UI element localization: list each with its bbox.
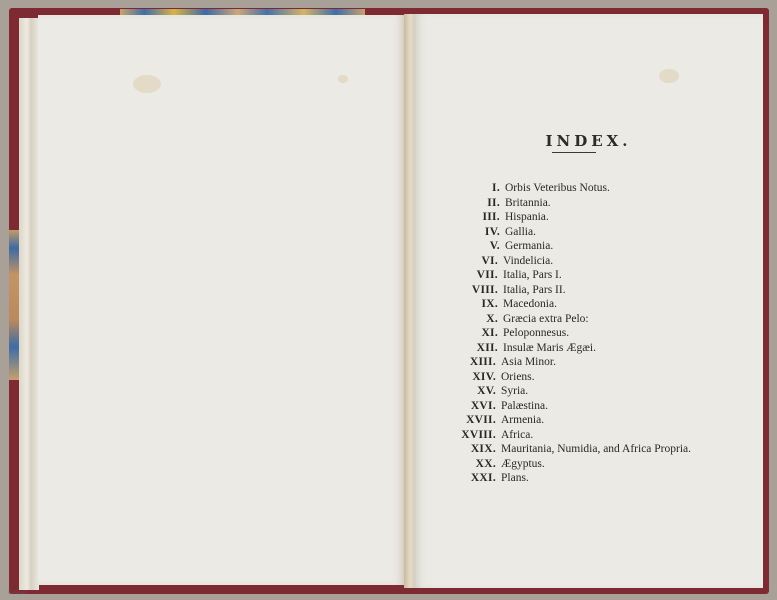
- entry-numeral: XV.: [477, 384, 496, 398]
- entry-label: Italia, Pars II.: [503, 283, 566, 297]
- entry-label: Macedonia.: [503, 297, 557, 311]
- entry-label: Peloponnesus.: [503, 326, 569, 340]
- entry-label: Orbis Veteribus Notus.: [505, 181, 610, 195]
- entry-numeral: V.: [490, 239, 500, 253]
- index-entry: VIII. Italia, Pars II.: [414, 283, 498, 297]
- entry-numeral: XI.: [481, 326, 498, 340]
- index-entry: V. Germania.: [414, 239, 500, 253]
- index-entry: XVI. Palæstina.: [414, 399, 496, 413]
- entry-label: Africa.: [501, 428, 533, 442]
- entry-label: Ægyptus.: [501, 457, 545, 471]
- entry-label: Gallia.: [505, 225, 536, 239]
- entry-numeral: I.: [492, 181, 500, 195]
- entry-label: Mauritania, Numidia, and Africa Propria.: [501, 442, 691, 456]
- index-entry: XVIII. Africa.: [414, 428, 496, 442]
- left-page-blank: [38, 15, 405, 585]
- index-title: INDEX.: [414, 132, 763, 150]
- index-entry: XXI. Plans.: [414, 471, 496, 485]
- entry-numeral: XIV.: [472, 370, 496, 384]
- index-entry: VI. Vindelicia.: [414, 254, 498, 268]
- title-rule: [552, 152, 596, 153]
- foxing-stain: [338, 75, 348, 83]
- entry-numeral: VII.: [477, 268, 498, 282]
- index-entry: XII. Insulæ Maris Ægæi.: [414, 341, 498, 355]
- index-entry: XIII. Asia Minor.: [414, 355, 496, 369]
- entry-numeral: IX.: [481, 297, 498, 311]
- index-entry: XIX. Mauritania, Numidia, and Africa Pro…: [414, 442, 496, 456]
- right-page-index: INDEX. I. Orbis Veteribus Notus. II. Bri…: [414, 14, 763, 588]
- entry-numeral: XVI.: [471, 399, 496, 413]
- entry-numeral: XX.: [476, 457, 496, 471]
- entry-numeral: X.: [486, 312, 498, 326]
- entry-label: Germania.: [505, 239, 553, 253]
- entry-numeral: XII.: [477, 341, 498, 355]
- entry-label: Vindelicia.: [503, 254, 553, 268]
- entry-numeral: XVIII.: [461, 428, 496, 442]
- index-entry: X. Græcia extra Pelo:: [414, 312, 498, 326]
- entry-label: Syria.: [501, 384, 528, 398]
- index-entry: IV. Gallia.: [414, 225, 500, 239]
- index-entry: I. Orbis Veteribus Notus.: [414, 181, 500, 195]
- index-entry: II. Britannia.: [414, 196, 500, 210]
- entry-numeral: XIII.: [470, 355, 496, 369]
- foxing-stain: [659, 69, 679, 83]
- entry-label: Asia Minor.: [501, 355, 556, 369]
- entry-label: Græcia extra Pelo:: [503, 312, 589, 326]
- entry-numeral: IV.: [485, 225, 500, 239]
- entry-label: Hispania.: [505, 210, 549, 224]
- entry-label: Palæstina.: [501, 399, 548, 413]
- corner-mark: © Pieroni: [8, 590, 27, 595]
- index-entry: IX. Macedonia.: [414, 297, 498, 311]
- index-entry: XV. Syria.: [414, 384, 496, 398]
- marbled-edge-left: [9, 230, 19, 380]
- index-entry: XI. Peloponnesus.: [414, 326, 498, 340]
- entry-numeral: XIX.: [471, 442, 496, 456]
- entry-numeral: II.: [487, 196, 500, 210]
- entry-label: Italia, Pars I.: [503, 268, 562, 282]
- index-entry: XX. Ægyptus.: [414, 457, 496, 471]
- index-entry: III. Hispania.: [414, 210, 500, 224]
- entry-numeral: III.: [482, 210, 500, 224]
- entry-label: Insulæ Maris Ægæi.: [503, 341, 596, 355]
- index-entry: VII. Italia, Pars I.: [414, 268, 498, 282]
- entry-label: Britannia.: [505, 196, 551, 210]
- entry-label: Oriens.: [501, 370, 535, 384]
- entry-numeral: VIII.: [472, 283, 498, 297]
- entry-numeral: VI.: [481, 254, 498, 268]
- entry-label: Plans.: [501, 471, 529, 485]
- entry-label: Armenia.: [501, 413, 544, 427]
- entry-numeral: XVII.: [466, 413, 496, 427]
- foxing-stain: [133, 75, 161, 93]
- page-edges: [19, 18, 39, 590]
- entry-numeral: XXI.: [471, 471, 496, 485]
- index-entry: XVII. Armenia.: [414, 413, 496, 427]
- index-entry: XIV. Oriens.: [414, 370, 496, 384]
